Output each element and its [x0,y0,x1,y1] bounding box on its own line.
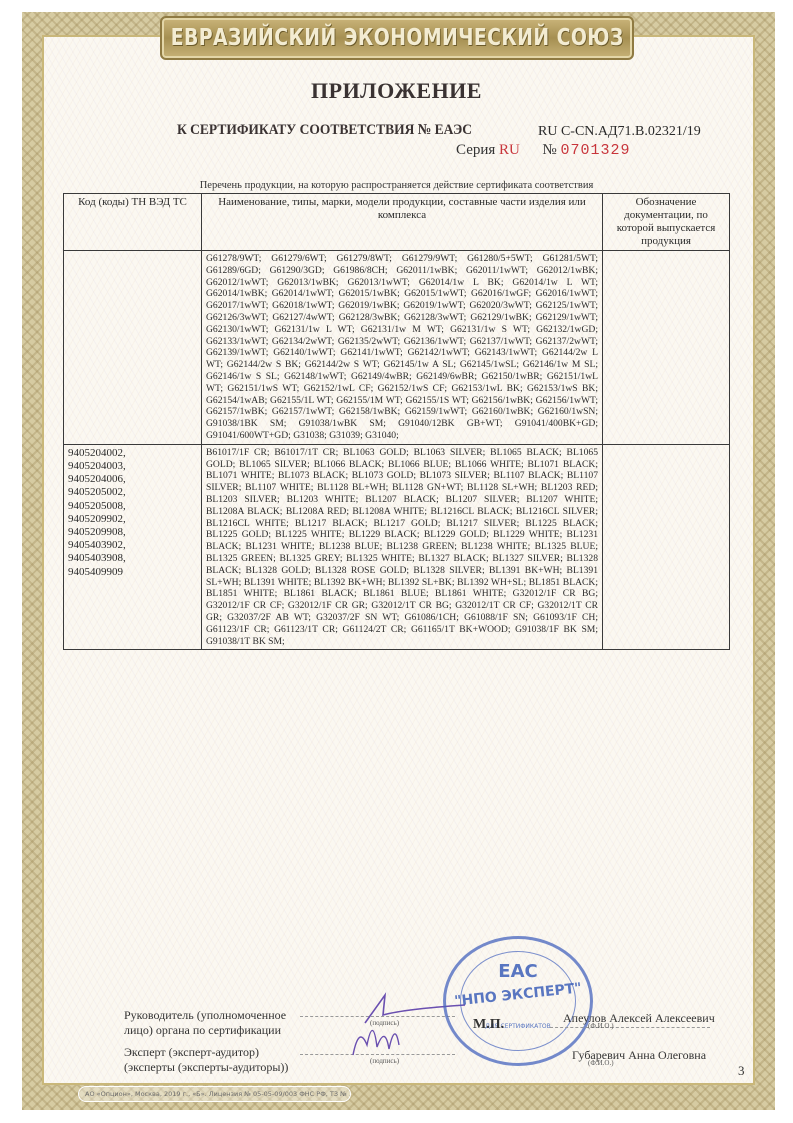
expert-label: Эксперт (эксперт-аудитор) (эксперты (экс… [124,1045,288,1075]
header-banner: ЕВРАЗИЙСКИЙ ЭКОНОМИЧЕСКИЙ СОЮЗ [160,16,634,60]
row-codes [64,251,202,445]
head-label-line2: лицо) органа по сертификации [124,1023,286,1038]
expert-name-hint: (Ф.И.О.) [588,1059,614,1067]
number-label: № [542,142,556,158]
row-models: B61017/1F CR; B61017/1T CR; BL1063 GOLD;… [202,444,603,650]
head-name: Апеулов Алексей Алексеевич [563,1011,715,1026]
head-name-hint: (Ф.И.О.) [588,1022,614,1030]
expert-label-line2: (эксперты (эксперты-аудиторы)) [124,1060,288,1075]
header-name: Наименование, типы, марки, модели продук… [202,194,603,251]
page-title: ПРИЛОЖЕНИЕ [0,78,793,104]
banner-text: ЕВРАЗИЙСКИЙ ЭКОНОМИЧЕСКИЙ СОЮЗ [171,25,624,51]
expert-label-line1: Эксперт (эксперт-аудитор) [124,1045,288,1060]
series-value: RU [499,142,520,158]
table-row: 9405204002,9405204003,9405204006,9405205… [64,444,730,650]
tnved-code: 9405204003, [68,460,197,473]
series-line: Серия RU № 0701329 [456,142,630,159]
table-header-row: Код (коды) ТН ВЭД ТС Наименование, типы,… [64,194,730,251]
certificate-number: RU C-CN.АД71.В.02321/19 [538,124,701,140]
tnved-code: 9405205008, [68,500,197,513]
row-doc [603,444,730,650]
seal-eac-mark: ЕАС [446,961,590,982]
blank-number: 0701329 [560,142,630,159]
header-doc: Обозначение документации, по которой вып… [603,194,730,251]
tnved-code: 9405409909 [68,566,197,579]
printer-info: АО «Опцион», Москва, 2019 г., «Б». Лицен… [78,1086,351,1102]
tnved-code: 9405403902, [68,539,197,552]
row-models: G61278/9WT; G61279/6WT; G61279/8WT; G612… [202,251,603,445]
seal-mark: М.П. [473,1017,504,1033]
tnved-code: 9405403908, [68,552,197,565]
tnved-code: 9405204002, [68,447,197,460]
head-label: Руководитель (уполномоченное лицо) орган… [124,1008,286,1038]
page-number: 3 [738,1063,745,1079]
certificate-subtitle: К СЕРТИФИКАТУ СООТВЕТСТВИЯ № ЕАЭС [177,122,472,139]
row-codes: 9405204002,9405204003,9405204006,9405205… [64,444,202,650]
head-label-line1: Руководитель (уполномоченное [124,1008,286,1023]
table-row: G61278/9WT; G61279/6WT; G61279/8WT; G612… [64,251,730,445]
product-list-caption: Перечень продукции, на которую распростр… [0,180,793,191]
row-doc [603,251,730,445]
series-label: Серия [456,142,495,158]
tnved-code: 9405209902, [68,513,197,526]
tnved-code: 9405204006, [68,473,197,486]
tnved-code: 9405209908, [68,526,197,539]
header-code: Код (коды) ТН ВЭД ТС [64,194,202,251]
tnved-code: 9405205002, [68,486,197,499]
seal-stamp: ЕАС "НПО ЭКСПЕРТ" ДЛЯ СЕРТИФИКАТОВ [443,936,593,1066]
product-table: Код (коды) ТН ВЭД ТС Наименование, типы,… [63,193,730,650]
head-name-line [550,1027,710,1028]
